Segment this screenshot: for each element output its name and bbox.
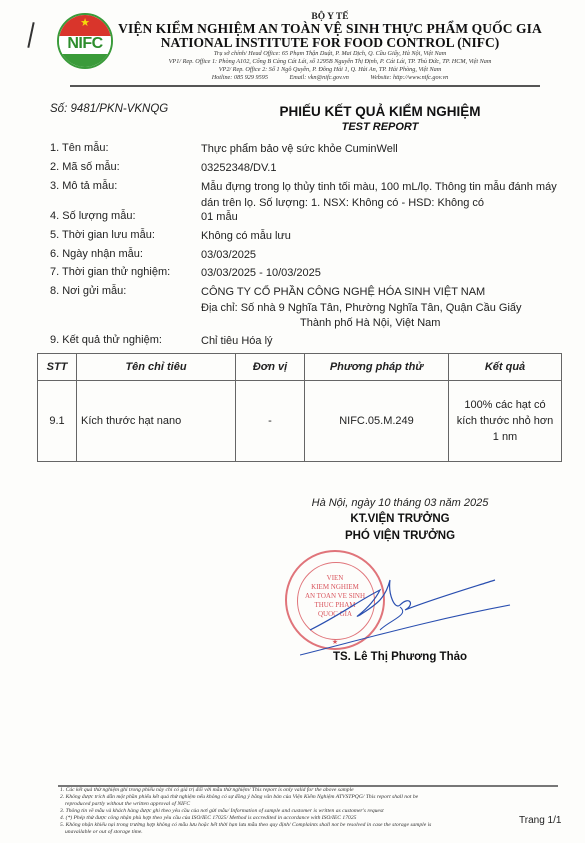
col-header-unit: Đơn vị — [236, 354, 305, 381]
field-value-test-result: Chỉ tiêu Hóa lý — [201, 333, 561, 349]
footer-note: 2. Không được trích dẫn một phần phiếu k… — [60, 794, 510, 801]
handwritten-signature — [300, 560, 520, 660]
header-divider — [70, 85, 540, 87]
footer-note: 4. (*) Phép thử được công nhận phù hợp t… — [60, 815, 510, 822]
cell-indicator: Kích thước hạt nano — [77, 381, 236, 462]
cell-unit: - — [236, 381, 305, 462]
website: Website: http://www.nifc.gov.vn — [370, 74, 448, 81]
field-value-sample-quantity: 01 mẫu — [201, 209, 561, 225]
field-label-sample-quantity: 4. Số lượng mẫu: — [50, 210, 136, 222]
document-title: PHIẾU KẾT QUẢ KIỂM NGHIỆM — [230, 104, 530, 119]
cell-result: 100% các hạt có kích thước nhỏ hơn 1 nm — [449, 381, 562, 462]
field-label-storage-time: 5. Thời gian lưu mẫu: — [50, 229, 155, 241]
signature-position-1: KT.VIỆN TRƯỞNG — [280, 513, 520, 525]
field-label-test-result: 9. Kết quả thử nghiệm: — [50, 334, 162, 346]
results-table: STT Tên chỉ tiêu Đơn vị Phương pháp thử … — [37, 353, 562, 462]
field-label-receipt-date: 6. Ngày nhận mẫu: — [50, 248, 143, 260]
col-header-stt: STT — [38, 354, 77, 381]
footer-note: 5. Không nhận khiếu nại trong trường hợp… — [60, 822, 510, 829]
footer-note: 1. Các kết quả thử nghiệm ghi trong phiế… — [60, 787, 510, 794]
pen-mark — [27, 22, 34, 48]
document-subtitle: TEST REPORT — [230, 121, 530, 133]
email: Email: vkn@nifc.gov.vn — [289, 74, 348, 81]
field-value-test-period: 03/03/2025 - 10/03/2025 — [201, 265, 561, 281]
field-label-sample-description: 3. Mô tả mẫu: — [50, 180, 117, 192]
field-label-test-period: 7. Thời gian thử nghiệm: — [50, 266, 170, 278]
footer-note: 3. Thông tin về mẫu và khách hàng được g… — [60, 808, 510, 815]
field-label-sample-name: 1. Tên mẫu: — [50, 142, 109, 154]
signature-date: Hà Nội, ngày 10 tháng 03 năm 2025 — [280, 497, 520, 509]
field-value-sample-description: Mẫu đựng trong lọ thủy tinh tối màu, 100… — [201, 179, 561, 211]
field-value-sender-address: Địa chỉ: Số nhà 9 Nghĩa Tân, Phường Nghĩ… — [201, 300, 561, 316]
field-value-sample-name: Thực phẩm bảo vệ sức khỏe CuminWell — [201, 141, 561, 157]
hotline: Hotline: 085 929 9595 — [212, 74, 268, 81]
cell-method: NIFC.05.M.249 — [305, 381, 449, 462]
footer-note: unavailable or out of storage time. — [60, 829, 510, 836]
head-office-address: Trụ sở chính/ Head Office: 65 Phạm Thận … — [95, 50, 565, 57]
field-value-storage-time: Không có mẫu lưu — [201, 228, 561, 244]
field-value-sender-city: Thành phố Hà Nội, Việt Nam — [300, 315, 500, 331]
field-value-sample-code: 03252348/DV.1 — [201, 160, 561, 176]
col-header-indicator: Tên chỉ tiêu — [77, 354, 236, 381]
rep-office-1-address: VP1/ Rep. Office 1: Phòng A102, Cổng B C… — [95, 58, 565, 65]
rep-office-2-address: VP2/ Rep. Office 2: Số 1 Ngô Quyền, P. Đ… — [95, 66, 565, 73]
cell-stt: 9.1 — [38, 381, 77, 462]
footer-note: reproduced partly without the written ap… — [60, 801, 510, 808]
field-label-sample-code: 2. Mã số mẫu: — [50, 161, 120, 173]
table-row: 9.1 Kích thước hạt nano - NIFC.05.M.249 … — [38, 381, 562, 462]
page-number: Trang 1/1 — [519, 815, 561, 826]
footer-notes: 1. Các kết quả thử nghiệm ghi trong phiế… — [60, 787, 510, 836]
col-header-method: Phương pháp thử — [305, 354, 449, 381]
document-number: Số: 9481/PKN-VKNQG — [50, 103, 168, 115]
col-header-result: Kết quả — [449, 354, 562, 381]
field-label-sender: 8. Nơi gửi mẫu: — [50, 285, 126, 297]
signature-position-2: PHÓ VIỆN TRƯỞNG — [280, 530, 520, 542]
contact-line: Hotline: 085 929 9595 Email: vkn@nifc.go… — [95, 74, 565, 81]
field-value-receipt-date: 03/03/2025 — [201, 247, 561, 263]
table-header-row: STT Tên chỉ tiêu Đơn vị Phương pháp thử … — [38, 354, 562, 381]
field-value-sender: CÔNG TY CỔ PHẦN CÔNG NGHỆ HÓA SINH VIỆT … — [201, 284, 561, 300]
signer-name: TS. Lê Thị Phương Thảo — [280, 651, 520, 663]
institute-name-en: NATIONAL INSTITUTE FOR FOOD CONTROL (NIF… — [95, 35, 565, 51]
